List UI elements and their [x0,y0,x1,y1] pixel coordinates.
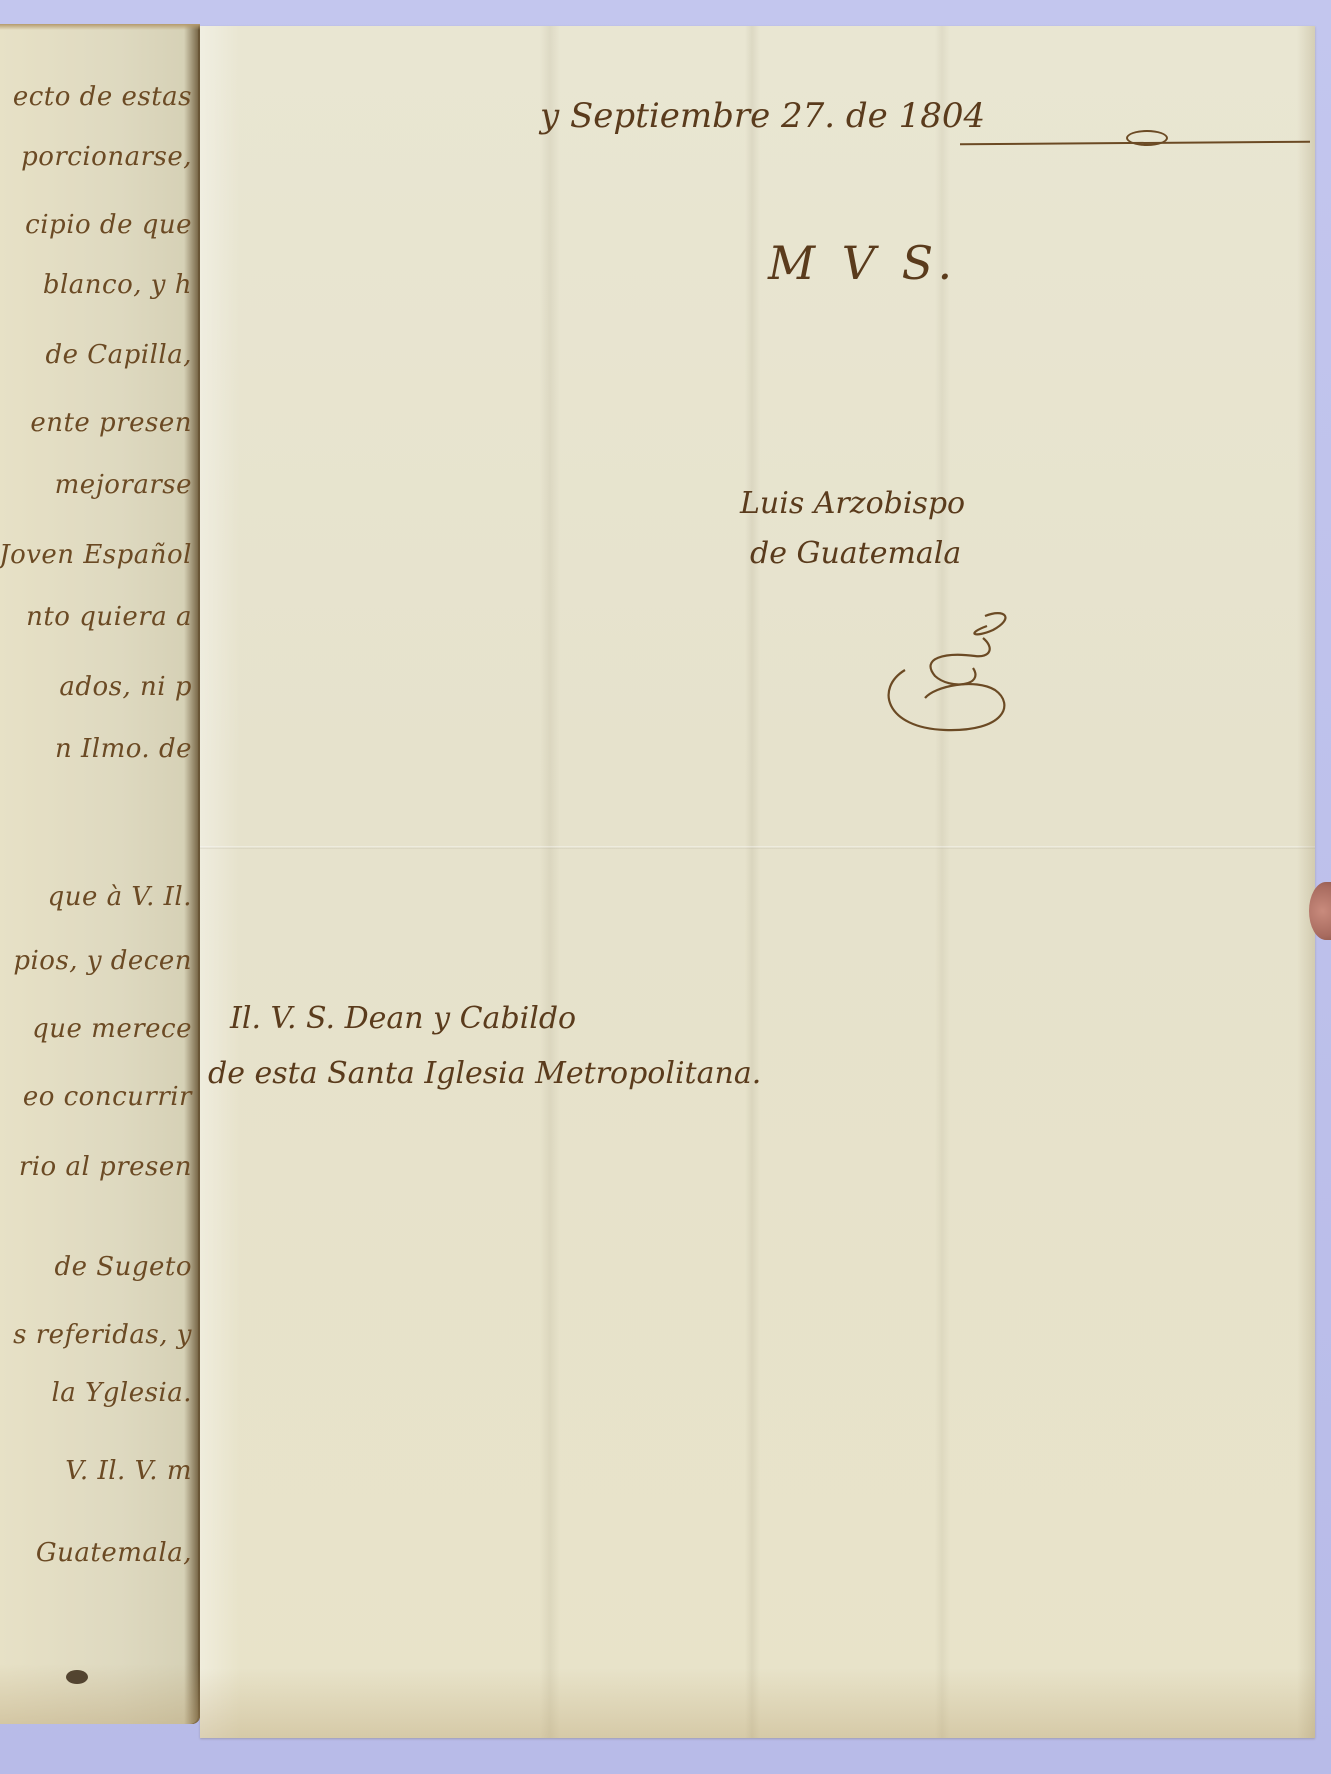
text-line: ecto de estas [13,82,192,112]
main-page: y Septiembre 27. de 1804 M V S. Luis Arz… [200,26,1315,1738]
text-line: Joven Español [0,540,192,570]
text-line: nto quiera a [26,602,192,632]
text-line: V. Il. V. m [65,1456,192,1486]
text-line: que à V. Il. [48,882,192,912]
text-line: pios, y decen [13,946,192,976]
page-edge [0,24,200,30]
page-stain [0,1664,200,1724]
rubric-flourish-icon [865,608,1025,738]
text-line: de Sugeto [55,1252,192,1282]
text-line: n Ilmo. de [55,734,192,764]
signature-name: Luis Arzobispo [740,486,965,521]
date-line: y Septiembre 27. de 1804 [540,96,985,136]
text-line: rio al presen [19,1152,192,1182]
left-page: ecto de estas porcionarse, cipio de que … [0,24,200,1724]
text-line: que merece [32,1014,192,1044]
text-line: Guatemala, [36,1538,192,1568]
text-line: cipio de que [25,210,192,240]
addressee-line-1: Il. V. S. Dean y Cabildo [230,1001,576,1036]
text-line: ente presen [30,408,192,438]
addressee-line-2: de esta Santa Iglesia Metropolitana. [208,1056,761,1091]
text-line: eo concurrir [23,1082,192,1112]
text-line: mejorarse [55,470,192,500]
text-line: la Yglesia. [51,1378,192,1408]
page-edge [1297,26,1315,1738]
salutation: M V S. [768,236,958,290]
ink-blot [66,1670,88,1684]
text-line: de Capilla, [45,340,192,370]
text-line: s referidas, y [13,1320,192,1350]
text-line: porcionarse, [21,142,192,172]
text-line: blanco, y h [43,270,192,300]
flourish-loop [1126,130,1168,146]
fold-crease [200,846,1315,849]
text-line: ados, ni p [59,672,192,702]
page-stain [200,1668,1315,1738]
signature-title: de Guatemala [750,536,961,571]
